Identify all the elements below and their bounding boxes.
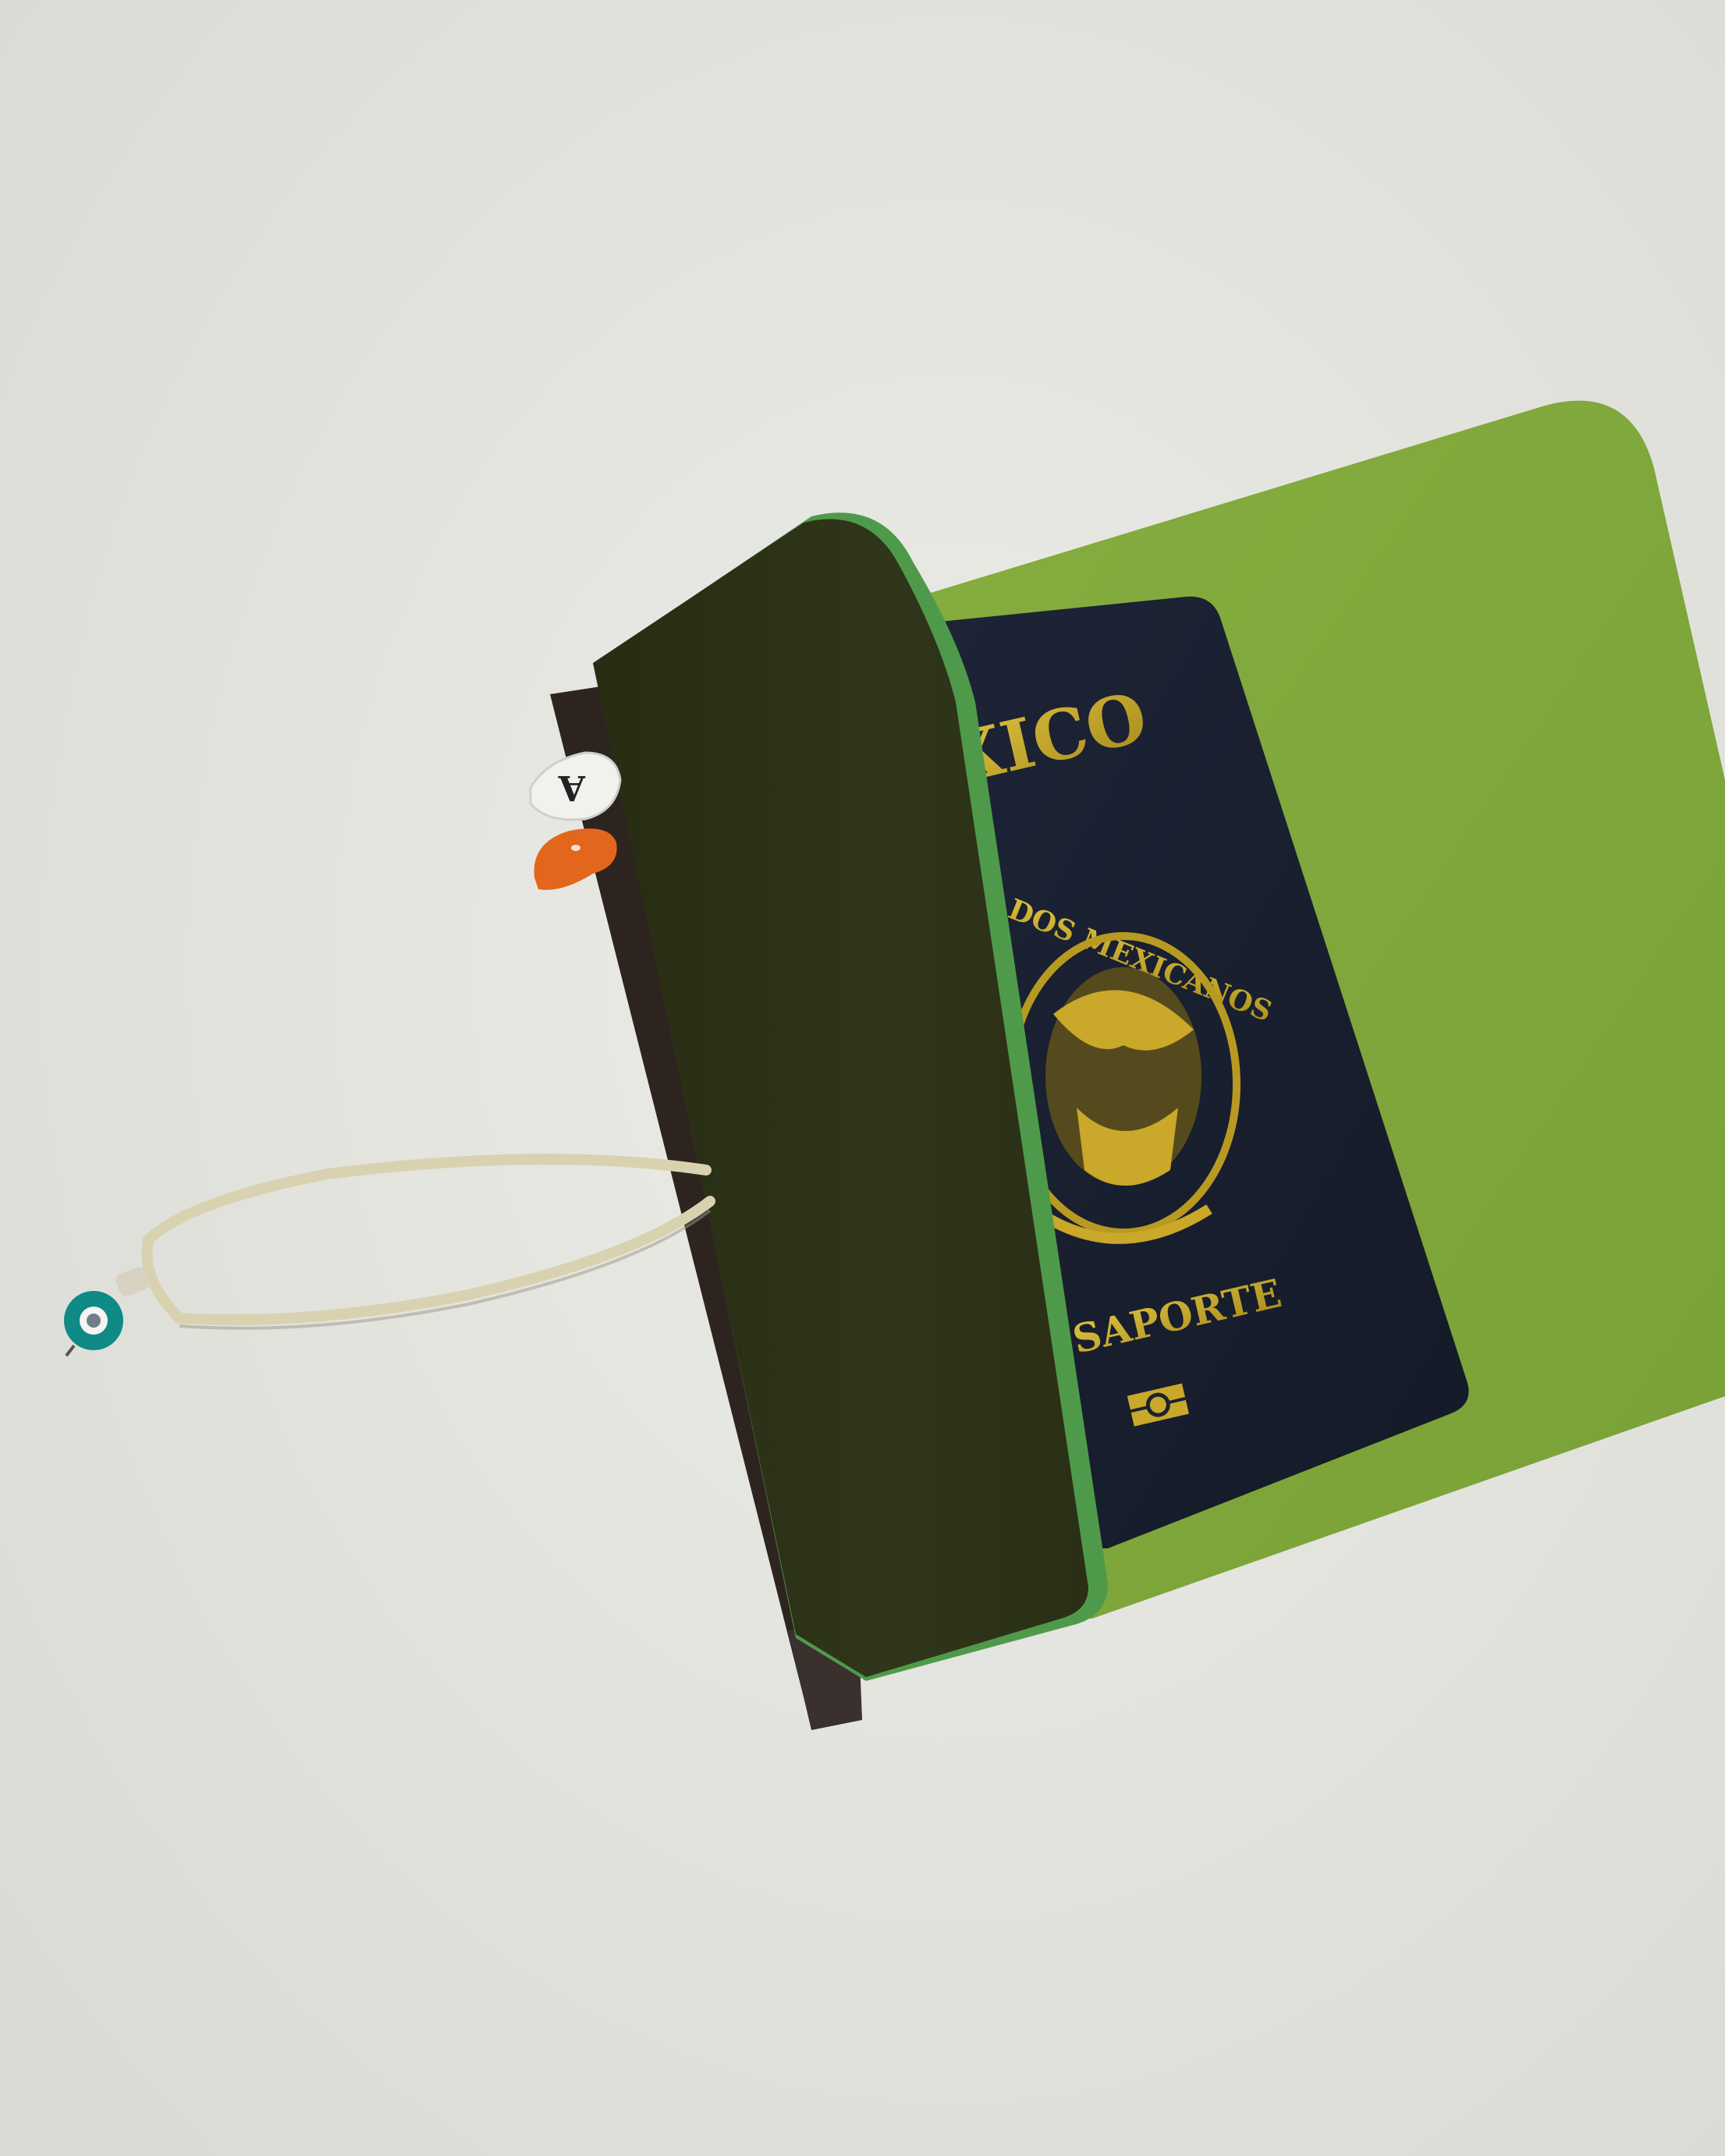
photo-scene: XICO DOS MEXICANOS SAPORTE A bbox=[0, 0, 1725, 2156]
letter-bead-text: A bbox=[558, 768, 586, 807]
